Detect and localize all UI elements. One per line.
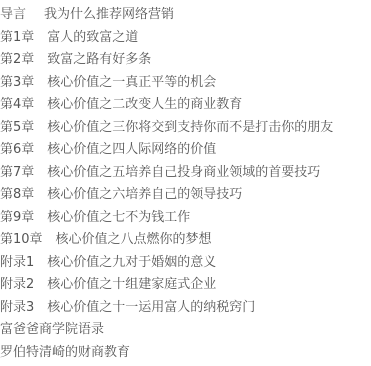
toc-item-title: 核心价值之三你将交到支持你而不是打击你的朋友 — [47, 117, 333, 140]
toc-item-title: 富爸爸商学院语录 — [0, 319, 104, 342]
toc-item[interactable]: 第5章核心价值之三你将交到支持你而不是打击你的朋友 — [0, 117, 333, 140]
toc-item[interactable]: 第4章核心价值之二改变人生的商业教育 — [0, 94, 333, 117]
toc-item[interactable]: 第10章核心价值之八点燃你的梦想 — [0, 229, 333, 252]
toc-item[interactable]: 第1章富人的致富之道 — [0, 27, 333, 50]
toc-item-title: 致富之路有好多条 — [47, 49, 151, 72]
toc-item[interactable]: 罗伯特清崎的财商教育 — [0, 342, 333, 365]
toc-item-label: 第5章 — [0, 117, 34, 140]
toc-item[interactable]: 附录3核心价值之十一运用富人的纳税窍门 — [0, 297, 333, 320]
toc-item-label: 第7章 — [0, 162, 34, 185]
toc-item-label: 第8章 — [0, 184, 34, 207]
table-of-contents: 导言我为什么推荐网络营销 第1章富人的致富之道 第2章致富之路有好多条 第3章核… — [0, 4, 333, 364]
toc-item-label: 附录1 — [0, 252, 34, 275]
toc-item-label: 第2章 — [0, 49, 34, 72]
toc-item-label: 第10章 — [0, 229, 43, 252]
toc-item-label: 附录3 — [0, 297, 34, 320]
toc-item[interactable]: 第3章核心价值之一真正平等的机会 — [0, 72, 333, 95]
toc-item-label: 第9章 — [0, 207, 34, 230]
toc-item-title: 核心价值之十组建家庭式企业 — [47, 274, 216, 297]
toc-item[interactable]: 富爸爸商学院语录 — [0, 319, 333, 342]
toc-item-title: 核心价值之九对于婚姻的意义 — [47, 252, 216, 275]
toc-item[interactable]: 附录2核心价值之十组建家庭式企业 — [0, 274, 333, 297]
toc-item-title: 核心价值之七不为钱工作 — [47, 207, 190, 230]
toc-item[interactable]: 第6章核心价值之四人际网络的价值 — [0, 139, 333, 162]
toc-item-title: 核心价值之六培养自己的领导技巧 — [47, 184, 242, 207]
toc-item-title: 核心价值之四人际网络的价值 — [47, 139, 216, 162]
toc-item-label: 导言 — [0, 4, 26, 27]
toc-item-title: 核心价值之八点燃你的梦想 — [56, 229, 212, 252]
toc-item[interactable]: 第7章核心价值之五培养自己投身商业领域的首要技巧 — [0, 162, 333, 185]
toc-item-title: 罗伯特清崎的财商教育 — [0, 342, 130, 365]
toc-item-label: 第6章 — [0, 139, 34, 162]
toc-item[interactable]: 附录1核心价值之九对于婚姻的意义 — [0, 252, 333, 275]
toc-item-title: 核心价值之五培养自己投身商业领域的首要技巧 — [47, 162, 320, 185]
toc-item-label: 第4章 — [0, 94, 34, 117]
toc-item-title: 核心价值之十一运用富人的纳税窍门 — [47, 297, 255, 320]
toc-item[interactable]: 第9章核心价值之七不为钱工作 — [0, 207, 333, 230]
toc-item[interactable]: 第8章核心价值之六培养自己的领导技巧 — [0, 184, 333, 207]
toc-item-title: 核心价值之一真正平等的机会 — [47, 72, 216, 95]
toc-item[interactable]: 导言我为什么推荐网络营销 — [0, 4, 333, 27]
toc-item-title: 核心价值之二改变人生的商业教育 — [47, 94, 242, 117]
toc-item-label: 第1章 — [0, 27, 34, 50]
toc-item-label: 第3章 — [0, 72, 34, 95]
toc-item-title: 富人的致富之道 — [47, 27, 138, 50]
toc-item[interactable]: 第2章致富之路有好多条 — [0, 49, 333, 72]
toc-item-title: 我为什么推荐网络营销 — [44, 4, 174, 27]
toc-item-label: 附录2 — [0, 274, 34, 297]
